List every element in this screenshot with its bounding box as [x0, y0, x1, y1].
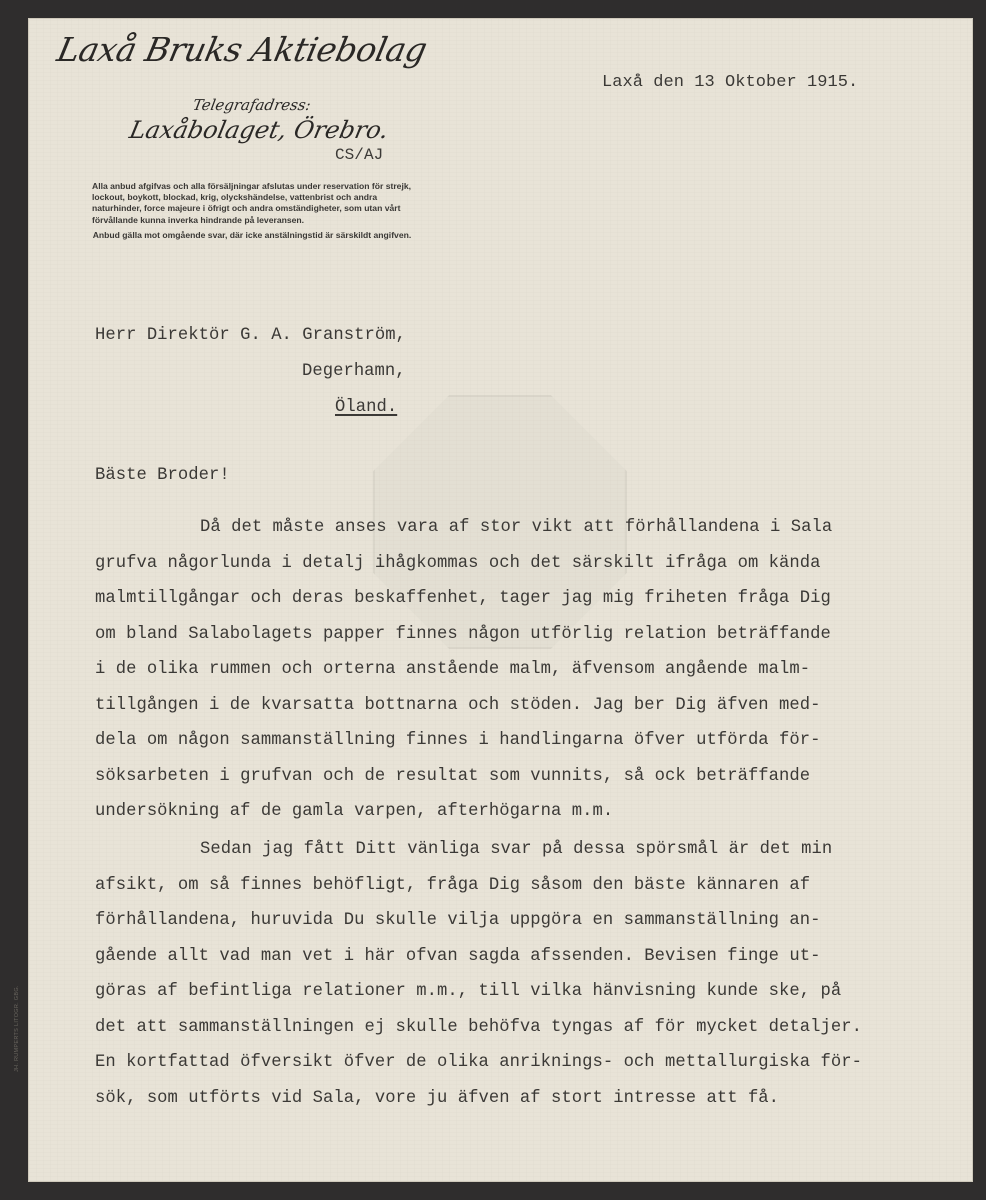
telegraph-address: Laxåbolaget, Örebro.: [127, 116, 391, 144]
body-line: göras af befintliga relationer m.m., til…: [95, 982, 841, 1001]
body-line: sök, som utförts vid Sala, vore ju äfven…: [95, 1089, 779, 1108]
recipient-town: Degerhamn,: [302, 362, 406, 381]
body-line: tillgången i de kvarsatta bottnarna och …: [95, 696, 821, 715]
telegraph-label: Telegrafadress:: [191, 96, 312, 114]
company-name: Laxå Bruks Aktiebolag: [54, 30, 430, 69]
reference-initials: CS/AJ: [335, 146, 383, 164]
date-line: Laxå den 13 Oktober 1915.: [602, 73, 858, 92]
body-line: Sedan jag fått Ditt vänliga svar på dess…: [200, 840, 832, 859]
terms-paragraph: Anbud gälla mot omgående svar, där icke …: [92, 230, 412, 241]
salutation: Bäste Broder!: [95, 466, 230, 485]
body-line: afsikt, om så finnes behöfligt, fråga Di…: [95, 876, 810, 895]
body-line: malmtillgångar och deras beskaffenhet, t…: [95, 589, 831, 608]
body-line: En kortfattad öfversikt öfver de olika a…: [95, 1053, 862, 1072]
body-line: i de olika rummen och orterna anstående …: [95, 660, 810, 679]
recipient-region: Öland.: [335, 398, 397, 417]
body-line: söksarbeten i grufvan och de resultat so…: [95, 767, 810, 786]
body-line: om bland Salabolagets papper finnes någo…: [95, 625, 831, 644]
printer-mark: JH. RUMPERTS LITOGR. GBG.: [14, 985, 20, 1072]
body-line: förhållandena, huruvida Du skulle vilja …: [95, 911, 821, 930]
body-line: grufva någorlunda i detalj ihågkommas oc…: [95, 554, 821, 573]
terms-block: Alla anbud afgifvas och alla försäljning…: [92, 181, 412, 241]
body-line: gående allt vad man vet i här ofvan sagd…: [95, 947, 821, 966]
body-line: det att sammanställningen ej skulle behö…: [95, 1018, 862, 1037]
recipient-name: Herr Direktör G. A. Granström,: [95, 326, 406, 345]
body-line: undersökning af de gamla varpen, afterhö…: [95, 802, 613, 821]
body-line: dela om någon sammanställning finnes i h…: [95, 731, 821, 750]
body-line: Då det måste anses vara af stor vikt att…: [200, 518, 832, 537]
terms-paragraph: Alla anbud afgifvas och alla försäljning…: [92, 181, 412, 226]
